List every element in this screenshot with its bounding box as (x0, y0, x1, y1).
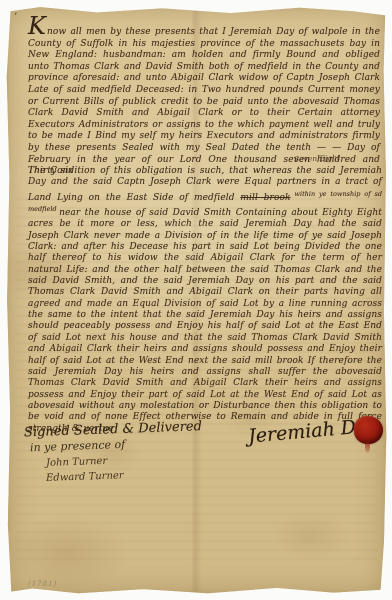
archival-pencil-note: (1781) (28, 580, 57, 588)
year-correction-note: Seven Eight (294, 153, 340, 164)
condition-text-rest: near the house of said David Smith Conta… (28, 208, 382, 434)
document-paper: ’ Know all men by these presents that I … (6, 6, 387, 595)
attestation-block: Signed Sealed & Delivered in ye presence… (24, 422, 214, 481)
witness-signature-edward-turner: Edward Turner (46, 467, 214, 484)
struck-out-text: mill brook (240, 193, 290, 203)
wax-seal-icon (354, 416, 383, 444)
witness-signature-john-turner: John Turner (46, 452, 214, 469)
pen-flourish-mark: ’ (14, 12, 17, 23)
scan-background: ’ Know all men by these presents that I … (0, 0, 392, 600)
condition-clause-paragraph: The Condition of this obligation is such… (28, 166, 382, 435)
wax-seal-drip (365, 442, 370, 453)
